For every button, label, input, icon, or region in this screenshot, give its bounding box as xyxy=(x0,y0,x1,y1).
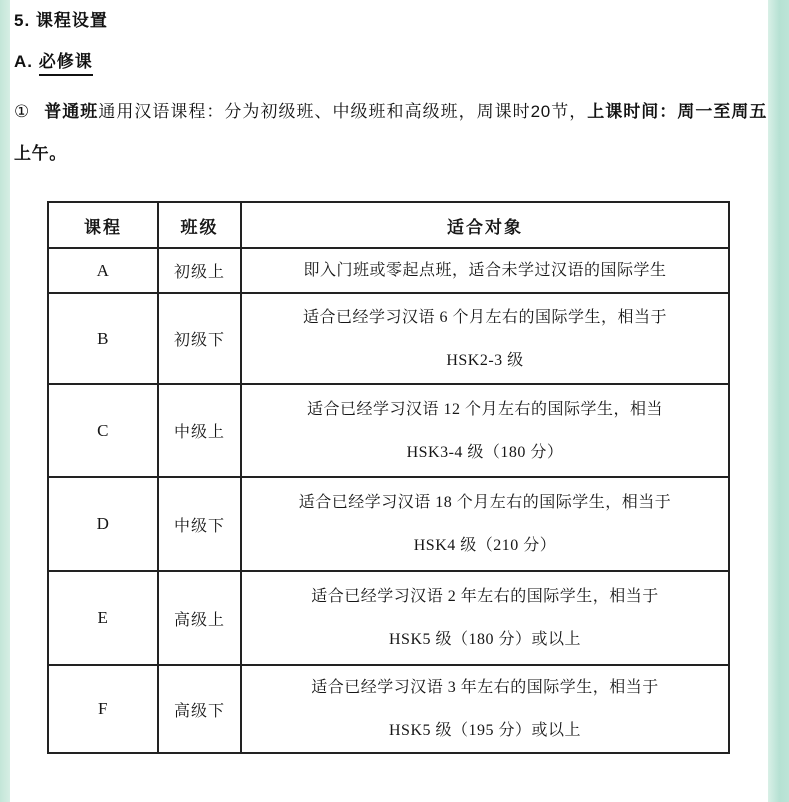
class-cell: 中级上 xyxy=(158,384,241,477)
target-line-1: 适合已经学习汉语 3 年左右的国际学生，相当于 xyxy=(246,666,724,709)
class-cell: 高级上 xyxy=(158,571,241,665)
target-line-1: 适合已经学习汉语 12 个月左右的国际学生，相当 xyxy=(246,388,724,431)
target-cell: 适合已经学习汉语 3 年左右的国际学生，相当于HSK5 级（195 分）或以上 xyxy=(241,665,729,753)
left-margin-strip xyxy=(0,0,10,802)
right-margin-strip xyxy=(768,0,789,802)
target-line-2: HSK4 级（210 分） xyxy=(246,524,724,567)
target-line-1: 即入门班或零起点班，适合未学过汉语的国际学生 xyxy=(246,249,724,292)
target-line-2: HSK5 级（180 分）或以上 xyxy=(246,618,724,661)
class-cell: 高级下 xyxy=(158,665,241,753)
course-intro-paragraph: ①普通班通用汉语课程：分为初级班、中级班和高级班，周课时20节，上课时间：周一至… xyxy=(14,91,767,175)
target-cell: 适合已经学习汉语 18 个月左右的国际学生，相当于HSK4 级（210 分） xyxy=(241,477,729,571)
header-course: 课程 xyxy=(48,202,158,248)
target-line-1: 适合已经学习汉语 2 年左右的国际学生，相当于 xyxy=(246,575,724,618)
target-cell: 即入门班或零起点班，适合未学过汉语的国际学生 xyxy=(241,248,729,293)
target-line-2: HSK3-4 级（180 分） xyxy=(246,431,724,474)
course-table-body: A初级上即入门班或零起点班，适合未学过汉语的国际学生B初级下适合已经学习汉语 6… xyxy=(48,248,729,753)
course-cell: F xyxy=(48,665,158,753)
subsection-prefix: A. xyxy=(14,52,39,71)
class-cell: 初级上 xyxy=(158,248,241,293)
target-line-1: 适合已经学习汉语 18 个月左右的国际学生，相当于 xyxy=(246,481,724,524)
table-row: A初级上即入门班或零起点班，适合未学过汉语的国际学生 xyxy=(48,248,729,293)
header-class: 班级 xyxy=(158,202,241,248)
target-line-1: 适合已经学习汉语 6 个月左右的国际学生，相当于 xyxy=(246,296,724,339)
table-header-row: 课程 班级 适合对象 xyxy=(48,202,729,248)
table-row: E高级上适合已经学习汉语 2 年左右的国际学生，相当于HSK5 级（180 分）… xyxy=(48,571,729,665)
course-cell: E xyxy=(48,571,158,665)
paragraph-body: 通用汉语课程：分为初级班、中级班和高级班，周课时20节， xyxy=(98,102,587,121)
subsection-title-underlined: 必修课 xyxy=(39,52,93,76)
table-row: C中级上适合已经学习汉语 12 个月左右的国际学生，相当HSK3-4 级（180… xyxy=(48,384,729,477)
target-cell: 适合已经学习汉语 2 年左右的国际学生，相当于HSK5 级（180 分）或以上 xyxy=(241,571,729,665)
table-row: F高级下适合已经学习汉语 3 年左右的国际学生，相当于HSK5 级（195 分）… xyxy=(48,665,729,753)
section-heading: 5. 课程设置 xyxy=(14,9,767,33)
document-content: 5. 课程设置 A. 必修课 ①普通班通用汉语课程：分为初级班、中级班和高级班，… xyxy=(13,0,767,754)
class-cell: 中级下 xyxy=(158,477,241,571)
class-cell: 初级下 xyxy=(158,293,241,384)
circled-one-marker: ① xyxy=(14,102,30,121)
course-cell: C xyxy=(48,384,158,477)
target-cell: 适合已经学习汉语 12 个月左右的国际学生，相当HSK3-4 级（180 分） xyxy=(241,384,729,477)
target-line-2: HSK2-3 级 xyxy=(246,339,724,382)
document-page: 5. 课程设置 A. 必修课 ①普通班通用汉语课程：分为初级班、中级班和高级班，… xyxy=(0,0,789,802)
course-table: 课程 班级 适合对象 A初级上即入门班或零起点班，适合未学过汉语的国际学生B初级… xyxy=(47,201,730,754)
target-cell: 适合已经学习汉语 6 个月左右的国际学生，相当于HSK2-3 级 xyxy=(241,293,729,384)
course-cell: D xyxy=(48,477,158,571)
header-target: 适合对象 xyxy=(241,202,729,248)
target-line-2: HSK5 级（195 分）或以上 xyxy=(246,709,724,752)
table-row: B初级下适合已经学习汉语 6 个月左右的国际学生，相当于HSK2-3 级 xyxy=(48,293,729,384)
paragraph-bold-lead: 普通班 xyxy=(44,102,98,121)
table-row: D中级下适合已经学习汉语 18 个月左右的国际学生，相当于HSK4 级（210 … xyxy=(48,477,729,571)
course-cell: A xyxy=(48,248,158,293)
subsection-heading: A. 必修课 xyxy=(14,50,767,74)
course-cell: B xyxy=(48,293,158,384)
